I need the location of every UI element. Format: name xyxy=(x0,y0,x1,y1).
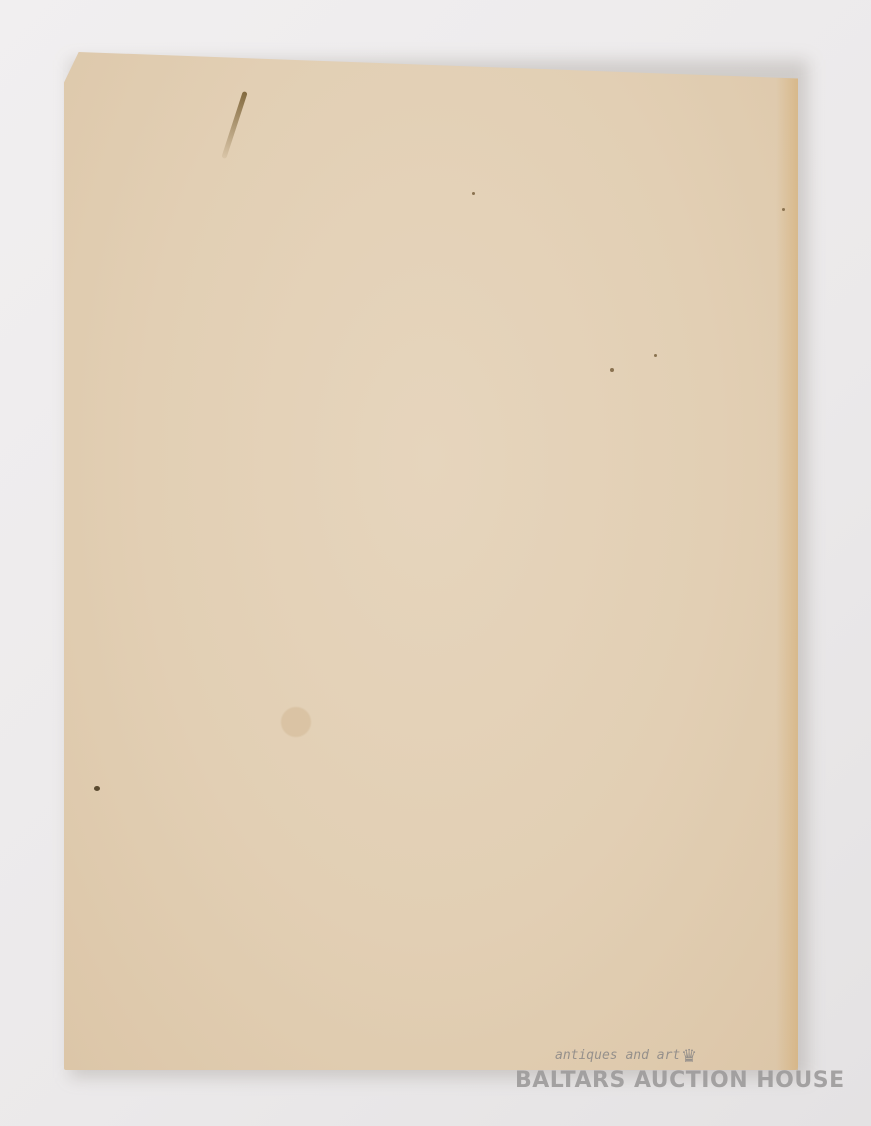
watermark-name: BALTARS AUCTION HOUSE xyxy=(515,1068,845,1093)
speck xyxy=(654,354,657,357)
spine-edge xyxy=(776,52,798,1070)
watermark-tagline: antiques and art xyxy=(555,1048,680,1063)
ink-scratch-mark xyxy=(221,91,247,159)
booklet-back-cover xyxy=(64,52,798,1070)
crown-icon: ♛ xyxy=(681,1046,697,1067)
speck xyxy=(610,368,614,372)
auction-watermark: antiques and art ♛ BALTARS AUCTION HOUSE xyxy=(515,1048,815,1098)
speck xyxy=(472,192,475,195)
speck xyxy=(94,786,100,791)
speck xyxy=(782,208,785,211)
